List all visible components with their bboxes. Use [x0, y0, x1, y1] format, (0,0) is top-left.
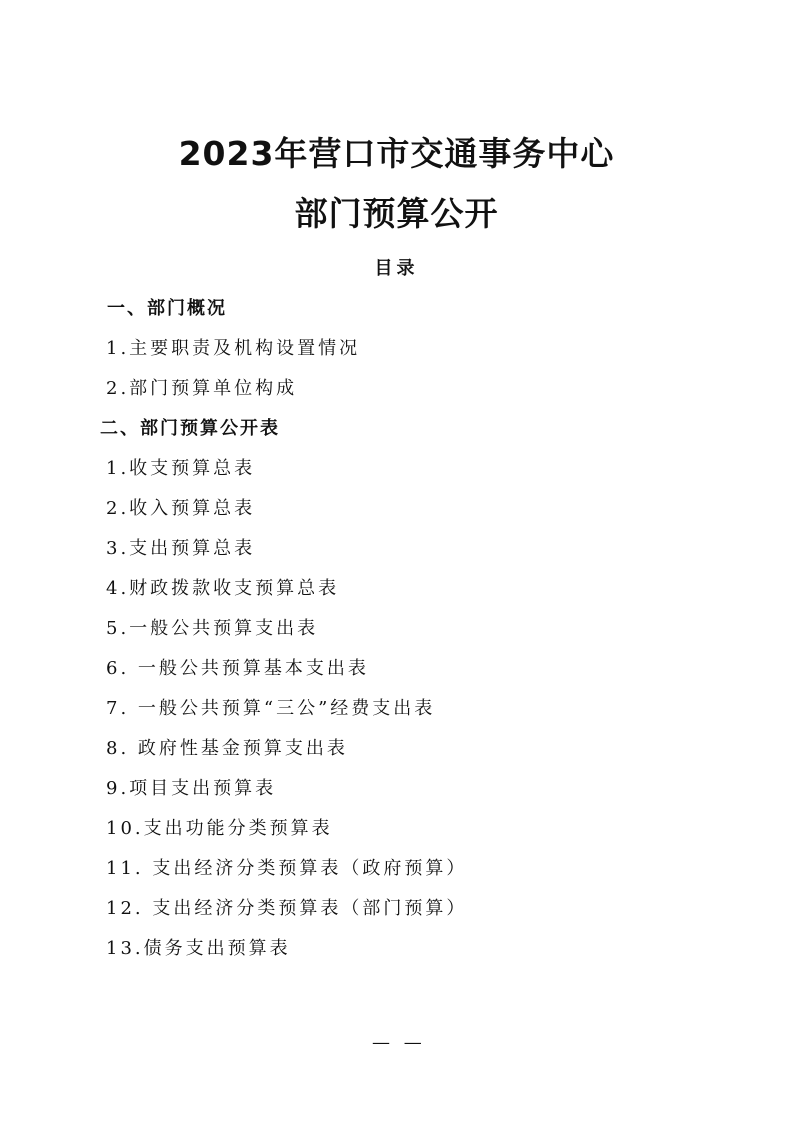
toc-heading: 目录 — [0, 254, 793, 280]
toc-item: 4.财政拨款收支预算总表 — [106, 574, 339, 600]
toc-item: 13.债务支出预算表 — [106, 934, 291, 960]
toc-item: 2.收入预算总表 — [106, 494, 255, 520]
toc-item: 12. 支出经济分类预算表（部门预算） — [106, 894, 467, 920]
page-number: — — — [372, 1032, 426, 1053]
document-title-line2: 部门预算公开 — [0, 188, 793, 235]
toc-item: 3.支出预算总表 — [106, 534, 255, 560]
toc-item: 1.主要职责及机构设置情况 — [106, 334, 360, 360]
toc-item: 11. 支出经济分类预算表（政府预算） — [106, 854, 467, 880]
toc-item: 8. 政府性基金预算支出表 — [106, 734, 348, 760]
toc-section-heading: 一、部门概况 — [107, 294, 227, 320]
toc-item: 1.收支预算总表 — [106, 454, 255, 480]
toc-item: 10.支出功能分类预算表 — [106, 814, 333, 840]
toc-item: 6. 一般公共预算基本支出表 — [106, 654, 369, 680]
toc-item: 9.项目支出预算表 — [106, 774, 276, 800]
toc-item: 2.部门预算单位构成 — [106, 374, 297, 400]
toc-section-heading: 二、部门预算公开表 — [100, 414, 280, 440]
document-title-line1: 2023年营口市交通事务中心 — [0, 128, 793, 175]
toc-item: 7. 一般公共预算“三公”经费支出表 — [106, 694, 435, 720]
toc-item: 5.一般公共预算支出表 — [106, 614, 318, 640]
